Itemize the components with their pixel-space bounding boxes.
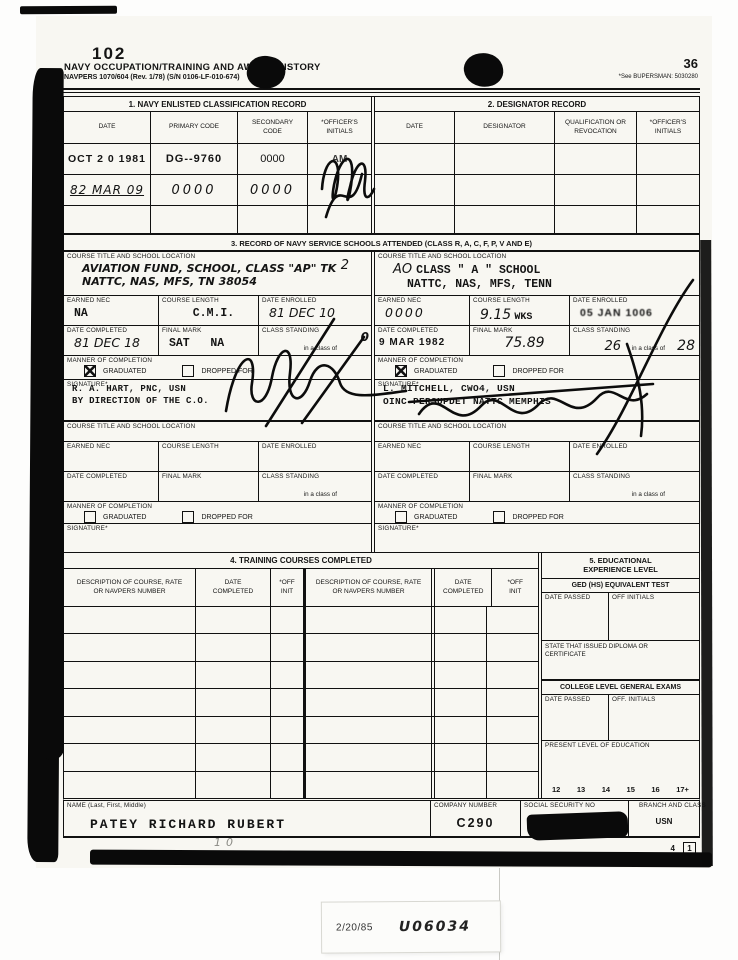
table-row: [64, 206, 371, 233]
section-3-title: 3. RECORD OF NAVY SERVICE SCHOOLS ATTEND…: [63, 235, 700, 252]
officer-initials: AM: [308, 144, 371, 174]
header-rule: [63, 88, 700, 93]
graduated-checkbox: [395, 365, 407, 377]
scan-artifact-right-edge: [700, 240, 713, 866]
col-secondary-code: SECONDARY CODE: [238, 112, 308, 143]
ged-cells: DATE PASSED OFF INITIALS: [542, 593, 699, 641]
education-level-scale: 12 13 14 15 16 17+: [542, 785, 699, 794]
page-number: 36: [684, 56, 698, 71]
table-row: [64, 772, 538, 798]
primary-code: DG--9760: [151, 144, 238, 174]
section-5-title: 5. EDUCATIONAL EXPERIENCE LEVEL: [542, 553, 699, 579]
standing-class-size: 28: [677, 338, 695, 354]
ssn-redaction: [527, 811, 628, 840]
col-course-description: DESCRIPTION OF COURSE, RATE OR NAVPERS N…: [64, 569, 196, 606]
name-cell: NAME (Last, First, Middle) PATEY RICHARD…: [64, 801, 431, 836]
earned-nec-cell: EARNED NECNA: [64, 296, 159, 325]
section-4-header-row: DESCRIPTION OF COURSE, RATE OR NAVPERS N…: [64, 569, 538, 607]
final-mark-cell: FINAL MARKSAT NA: [159, 326, 259, 355]
col-off-init: *OFF INIT: [271, 569, 304, 606]
table-row: [375, 206, 699, 233]
table-row: [375, 144, 699, 175]
scan-artifact-left-edge: [40, 120, 64, 760]
class-standing-cell: CLASS STANDINGin a class of0: [259, 326, 371, 355]
signature-title: BY DIRECTION OF THE C.O.: [72, 395, 371, 407]
nec-date: 82 MAR 09: [64, 175, 151, 205]
section-1-title: 1. NAVY ENLISTED CLASSIFICATION RECORD: [64, 97, 371, 112]
college-exams-header: COLLEGE LEVEL GENERAL EXAMS: [542, 681, 699, 695]
branch-cell: BRANCH AND CLASS USN: [629, 801, 699, 836]
scan-artifact-top: [20, 6, 117, 15]
col-course-description: DESCRIPTION OF COURSE, RATE OR NAVPERS N…: [304, 569, 432, 606]
table-row: [64, 744, 538, 771]
course-title-line1: CLASS " A " SCHOOL: [416, 264, 540, 277]
school-record-blank: COURSE TITLE AND SCHOOL LOCATION EARNED …: [64, 422, 371, 554]
col-officers-initials: *OFFICER'S INITIALS: [308, 112, 371, 143]
company-cell: COMPANY NUMBER C290: [431, 801, 521, 836]
course-title-label: COURSE TITLE AND SCHOOL LOCATION: [67, 253, 195, 260]
bupersman-note: *See BUPERSMAN: 5030280: [619, 74, 698, 80]
present-education-cell: PRESENT LEVEL OF EDUCATION 12 13 14 15 1…: [542, 741, 699, 798]
table-row: 82 MAR 09 0000 0000: [64, 175, 371, 206]
col-qualification: QUALIFICATION OR REVOCATION: [555, 112, 637, 143]
manner-of-completion: MANNER OF COMPLETION GRADUATED DROPPED F…: [64, 356, 371, 380]
standing-extra: 0: [361, 330, 369, 344]
secondary-code: 0000: [238, 175, 308, 205]
col-date-completed: DATE COMPLETED: [434, 569, 492, 606]
nec-date: OCT 2 0 1981: [64, 144, 151, 174]
slip-code: U06034: [399, 919, 471, 936]
course-title-line1: AVIATION FUND, SCHOOL, CLASS "AP" TK: [82, 262, 371, 275]
col-designator: DESIGNATOR: [455, 112, 555, 143]
scanned-document: 102 NAVY OCCUPATION/TRAINING AND AWARD H…: [0, 0, 738, 960]
section-1-header-row: DATE PRIMARY CODE SECONDARY CODE *OFFICE…: [64, 112, 371, 144]
table-row: [375, 175, 699, 206]
col-date-completed: DATE COMPLETED: [196, 569, 271, 606]
signature-block: SIGNATURE* R. A. HART, PNC, USN BY DIREC…: [64, 380, 371, 420]
college-exam-cells: DATE PASSED OFF. INITIALS: [542, 695, 699, 741]
form-subtitle: NAVPERS 1070/604 (Rev. 1/78) (S/N 0106-L…: [64, 74, 240, 81]
standing-rank: 26: [604, 339, 621, 354]
school-record-2: COURSE TITLE AND SCHOOL LOCATION AOCLASS…: [375, 252, 699, 422]
schools-left-column: COURSE TITLE AND SCHOOL LOCATION 2 AVIAT…: [64, 252, 372, 552]
ged-header: GED (HS) EQUIVALENT TEST: [542, 579, 699, 593]
date-enrolled-value: 05 JAN 1006: [570, 296, 699, 319]
faint-handwritten-mark: 10: [214, 836, 238, 849]
slip-date: 2/20/85: [336, 922, 373, 933]
table-row: [64, 662, 538, 689]
date-enrolled-cell: DATE ENROLLED81 DEC 10: [259, 296, 371, 325]
page-stamp-number: 102: [92, 44, 126, 64]
schools-right-column: COURSE TITLE AND SCHOOL LOCATION AOCLASS…: [374, 252, 699, 552]
dropped-checkbox: [182, 365, 194, 377]
service-schools: COURSE TITLE AND SCHOOL LOCATION 2 AVIAT…: [63, 252, 700, 552]
date-completed-cell: DATE COMPLETED81 DEC 18: [64, 326, 159, 355]
handwritten-rating: AO: [393, 262, 412, 277]
dropped-checkbox: [493, 365, 505, 377]
classification-designator-tables: 1. NAVY ENLISTED CLASSIFICATION RECORD D…: [63, 96, 700, 235]
course-length-value: 9.15: [480, 307, 511, 323]
secondary-code: 0000: [238, 144, 308, 174]
col-off-init: *OFF INIT: [492, 569, 538, 606]
ssn-cell: SOCIAL SECURITY NO: [521, 801, 629, 836]
training-and-education: 4. TRAINING COURSES COMPLETED DESCRIPTIO…: [63, 552, 700, 798]
col-date: DATE: [64, 112, 151, 143]
col-primary-code: PRIMARY CODE: [151, 112, 238, 143]
dropped-checkbox: [493, 511, 505, 523]
signature-name: R. A. HART, PNC, USN: [72, 383, 371, 395]
section-1-table: 1. NAVY ENLISTED CLASSIFICATION RECORD D…: [64, 97, 372, 233]
school-record-blank: COURSE TITLE AND SCHOOL LOCATION EARNED …: [375, 422, 699, 554]
section-5-panel: 5. EDUCATIONAL EXPERIENCE LEVEL GED (HS)…: [541, 553, 699, 798]
dropped-checkbox: [182, 511, 194, 523]
course-title-line2: NATTC, NAS, MFS, TENN: [393, 278, 699, 292]
col-date: DATE: [375, 112, 455, 143]
graduated-checkbox: [84, 511, 96, 523]
section-2-title: 2. DESIGNATOR RECORD: [375, 97, 699, 112]
form-page: 102 NAVY OCCUPATION/TRAINING AND AWARD H…: [36, 16, 712, 868]
course-title-cell: COURSE TITLE AND SCHOOL LOCATION 2 AVIAT…: [64, 252, 371, 296]
officer-initials: [308, 175, 371, 205]
table-row: OCT 2 0 1981 DG--9760 0000 AM: [64, 144, 371, 175]
scan-artifact-bottom-edge: [90, 850, 712, 868]
handwritten-note: 2: [341, 258, 349, 273]
graduated-checkbox: [395, 511, 407, 523]
section-4-table: 4. TRAINING COURSES COMPLETED DESCRIPTIO…: [64, 553, 539, 798]
signature-name: L. MITCHELL, CWO4, USN: [383, 383, 699, 396]
primary-code: 0000: [151, 175, 238, 205]
course-title-line2: NATTC, NAS, MFS, TN 38054: [82, 275, 371, 288]
table-row: [64, 717, 538, 744]
table-row: [64, 607, 538, 634]
signature-title: OINC PERSUPDET NATTC MEMPHIS: [383, 396, 699, 409]
col-officers-initials: *OFFICER'S INITIALS: [637, 112, 699, 143]
date-stamp-slip: 2/20/85 U06034: [322, 901, 500, 952]
section-2-header-row: DATE DESIGNATOR QUALIFICATION OR REVOCAT…: [375, 112, 699, 144]
table-row: [64, 689, 538, 716]
graduated-checkbox: [84, 365, 96, 377]
section-4-title: 4. TRAINING COURSES COMPLETED: [64, 553, 538, 569]
school-record-1: COURSE TITLE AND SCHOOL LOCATION 2 AVIAT…: [64, 252, 371, 422]
course-length-cell: COURSE LENGTHC.M.I.: [159, 296, 259, 325]
section-2-table: 2. DESIGNATOR RECORD DATE DESIGNATOR QUA…: [374, 97, 699, 233]
table-row: [64, 634, 538, 661]
state-diploma-cell: STATE THAT ISSUED DIPLOMA OR CERTIFICATE: [542, 641, 699, 681]
identification-row: NAME (Last, First, Middle) PATEY RICHARD…: [63, 798, 700, 838]
